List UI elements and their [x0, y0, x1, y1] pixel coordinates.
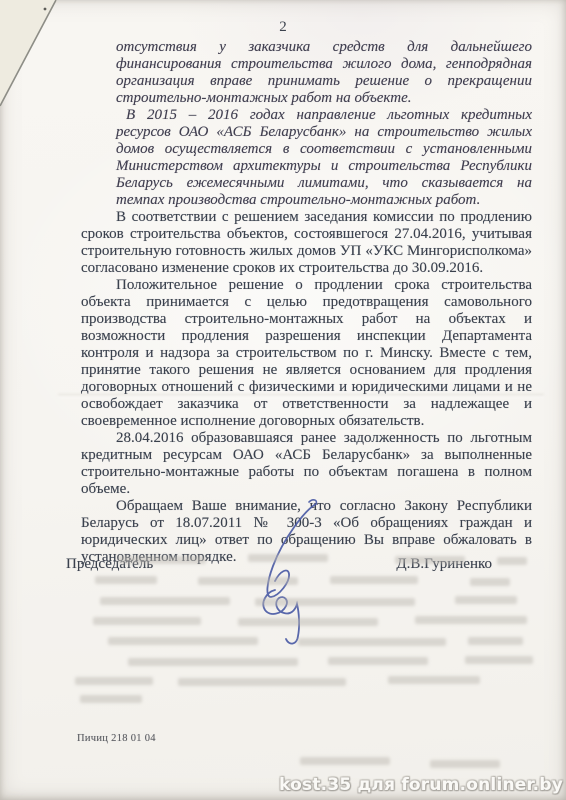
- bleed-segment: [93, 617, 201, 625]
- paragraph: 28.04.2016 образовавшаяся ранее задолжен…: [81, 430, 532, 498]
- bleed-segment: [455, 596, 517, 604]
- bleed-segment: [388, 676, 480, 684]
- page-corner-fold: [0, 0, 62, 112]
- bleed-segment: [108, 637, 258, 645]
- bleed-segment: [328, 657, 428, 665]
- paragraph: В соответствии с решением заседания коми…: [81, 209, 532, 277]
- bleed-segment: [470, 578, 510, 586]
- bleed-segment: [248, 554, 328, 562]
- paper-crease: [58, 393, 544, 398]
- page-number: 2: [0, 19, 566, 36]
- bleed-segment: [465, 656, 533, 664]
- bleed-segment: [95, 576, 157, 584]
- bleed-segment: [118, 556, 206, 564]
- document-body: отсутствия у заказчика средств для дальн…: [81, 39, 532, 566]
- bleed-segment: [415, 616, 527, 624]
- handwritten-signature-ink: [243, 494, 339, 654]
- bleed-segment: [497, 557, 527, 565]
- bleed-segment: [80, 695, 142, 703]
- bleed-segment: [468, 637, 523, 645]
- bleed-segment: [178, 678, 346, 686]
- executor-reference: Пичиц 218 01 04: [77, 733, 156, 744]
- bleed-segment: [298, 638, 446, 646]
- bleed-segment: [75, 677, 153, 685]
- paragraph: отсутствия у заказчика средств для дальн…: [116, 39, 532, 107]
- bleed-segment: [100, 597, 230, 605]
- bleed-segment: [430, 760, 500, 768]
- bleed-segment: [300, 757, 390, 765]
- bleed-segment: [255, 598, 415, 606]
- bleed-segment: [128, 658, 298, 666]
- paragraph: В 2015 – 2016 годах направление льготных…: [116, 107, 532, 209]
- bleed-segment: [198, 577, 298, 585]
- bleed-segment: [330, 576, 418, 584]
- forum-watermark: kost.35 для forum.onliner.by: [279, 775, 563, 795]
- scanned-document-page: 2 отсутствия у заказчика средств для дал…: [0, 0, 566, 800]
- bleed-segment: [238, 618, 378, 626]
- paragraph: Положительное решение о продлении срока …: [81, 277, 532, 430]
- bleed-segment: [395, 556, 465, 564]
